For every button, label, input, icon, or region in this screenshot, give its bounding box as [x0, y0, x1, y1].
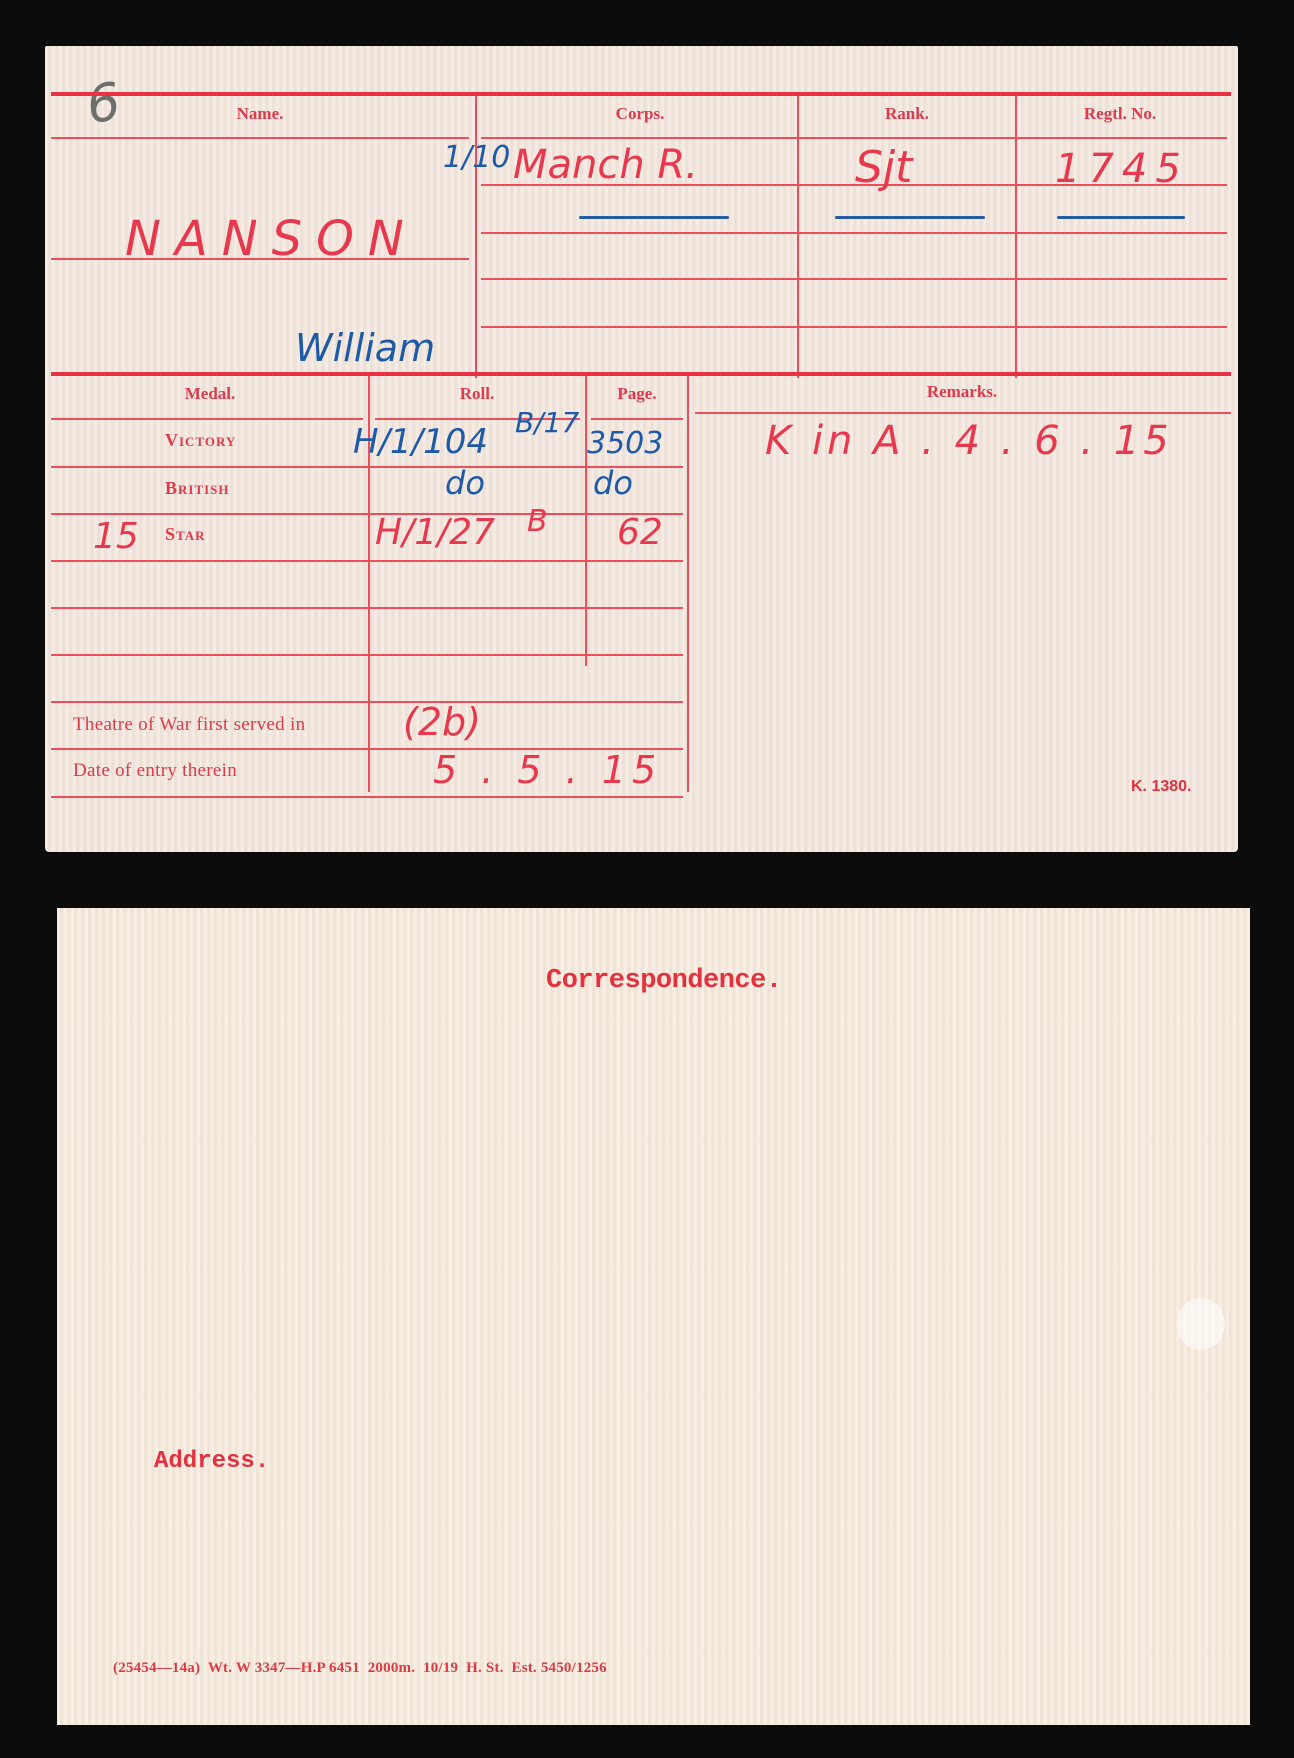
- header-rank: Rank.: [885, 104, 929, 124]
- roll-entry: do: [445, 464, 485, 502]
- header-regtl-no: Regtl. No.: [1084, 104, 1156, 124]
- rule: [51, 466, 683, 468]
- page-entry: do: [593, 464, 633, 502]
- rule: [51, 513, 683, 515]
- rule: [481, 232, 1227, 234]
- rule: [51, 654, 683, 656]
- corps-entry: Manch R.: [513, 142, 698, 188]
- medal-index-card-back: Correspondence. Address. (25454—14a) Wt.…: [57, 908, 1250, 1725]
- form-number: K. 1380.: [1131, 778, 1191, 796]
- rule: [695, 412, 1231, 414]
- rule: [481, 137, 1227, 139]
- medal-label: Victory: [165, 430, 236, 451]
- medal-section-rule: [51, 372, 1231, 376]
- remarks-entry: K in A . 4 . 6 . 15: [765, 418, 1173, 464]
- medal-label: British: [165, 478, 230, 499]
- rank-underline: [835, 216, 985, 219]
- divider-page-remarks: [687, 376, 689, 792]
- forename-entry: William: [295, 326, 435, 370]
- paper-stain: [1177, 1298, 1225, 1350]
- rule: [51, 701, 683, 703]
- rule: [51, 418, 363, 420]
- entry-date-label: Date of entry therein: [73, 760, 237, 782]
- top-rule: [51, 92, 1231, 96]
- printer-imprint: (25454—14a) Wt. W 3347—H.P 6451 2000m. 1…: [113, 1660, 607, 1677]
- page-entry: 62: [617, 512, 663, 553]
- regtl-no-underline: [1057, 216, 1185, 219]
- pencil-annotation: 6: [83, 72, 124, 136]
- star-prefix-entry: 15: [93, 516, 139, 557]
- rule: [51, 560, 683, 562]
- regtl-no-entry: 1745: [1055, 146, 1189, 192]
- rule: [51, 137, 469, 139]
- header-medal: Medal.: [185, 384, 236, 404]
- roll-entry: H/1/27: [375, 512, 495, 553]
- theatre-value: (2b): [403, 700, 481, 744]
- divider-name-corps: [475, 96, 477, 378]
- rule: [51, 607, 683, 609]
- corps-prefix-entry: 1/10: [443, 140, 510, 175]
- header-page: Page.: [617, 384, 656, 404]
- address-label: Address.: [154, 1448, 269, 1475]
- rule: [51, 796, 683, 798]
- corps-underline: [579, 216, 729, 219]
- rule: [591, 418, 683, 420]
- surname-entry: NANSON: [125, 211, 418, 267]
- roll-superscript: B/17: [515, 406, 579, 439]
- medal-label: Star: [165, 524, 206, 545]
- roll-superscript: B: [527, 504, 548, 539]
- rule: [481, 326, 1227, 328]
- header-name: Name.: [237, 104, 284, 124]
- correspondence-heading: Correspondence.: [546, 966, 782, 996]
- roll-entry: H/1/104: [353, 422, 488, 462]
- medal-index-card-front: 6 Name. Corps. Rank. Regtl. No. NANSON W…: [45, 46, 1238, 852]
- entry-date-value: 5 . 5 . 15: [433, 748, 662, 792]
- rule: [481, 278, 1227, 280]
- header-remarks: Remarks.: [927, 382, 997, 402]
- page-entry: 3503: [587, 426, 663, 461]
- theatre-label: Theatre of War first served in: [73, 714, 305, 736]
- rank-entry: Sjt: [855, 142, 912, 193]
- divider-roll-page: [585, 376, 587, 666]
- header-roll: Roll.: [460, 384, 494, 404]
- header-corps: Corps.: [616, 104, 665, 124]
